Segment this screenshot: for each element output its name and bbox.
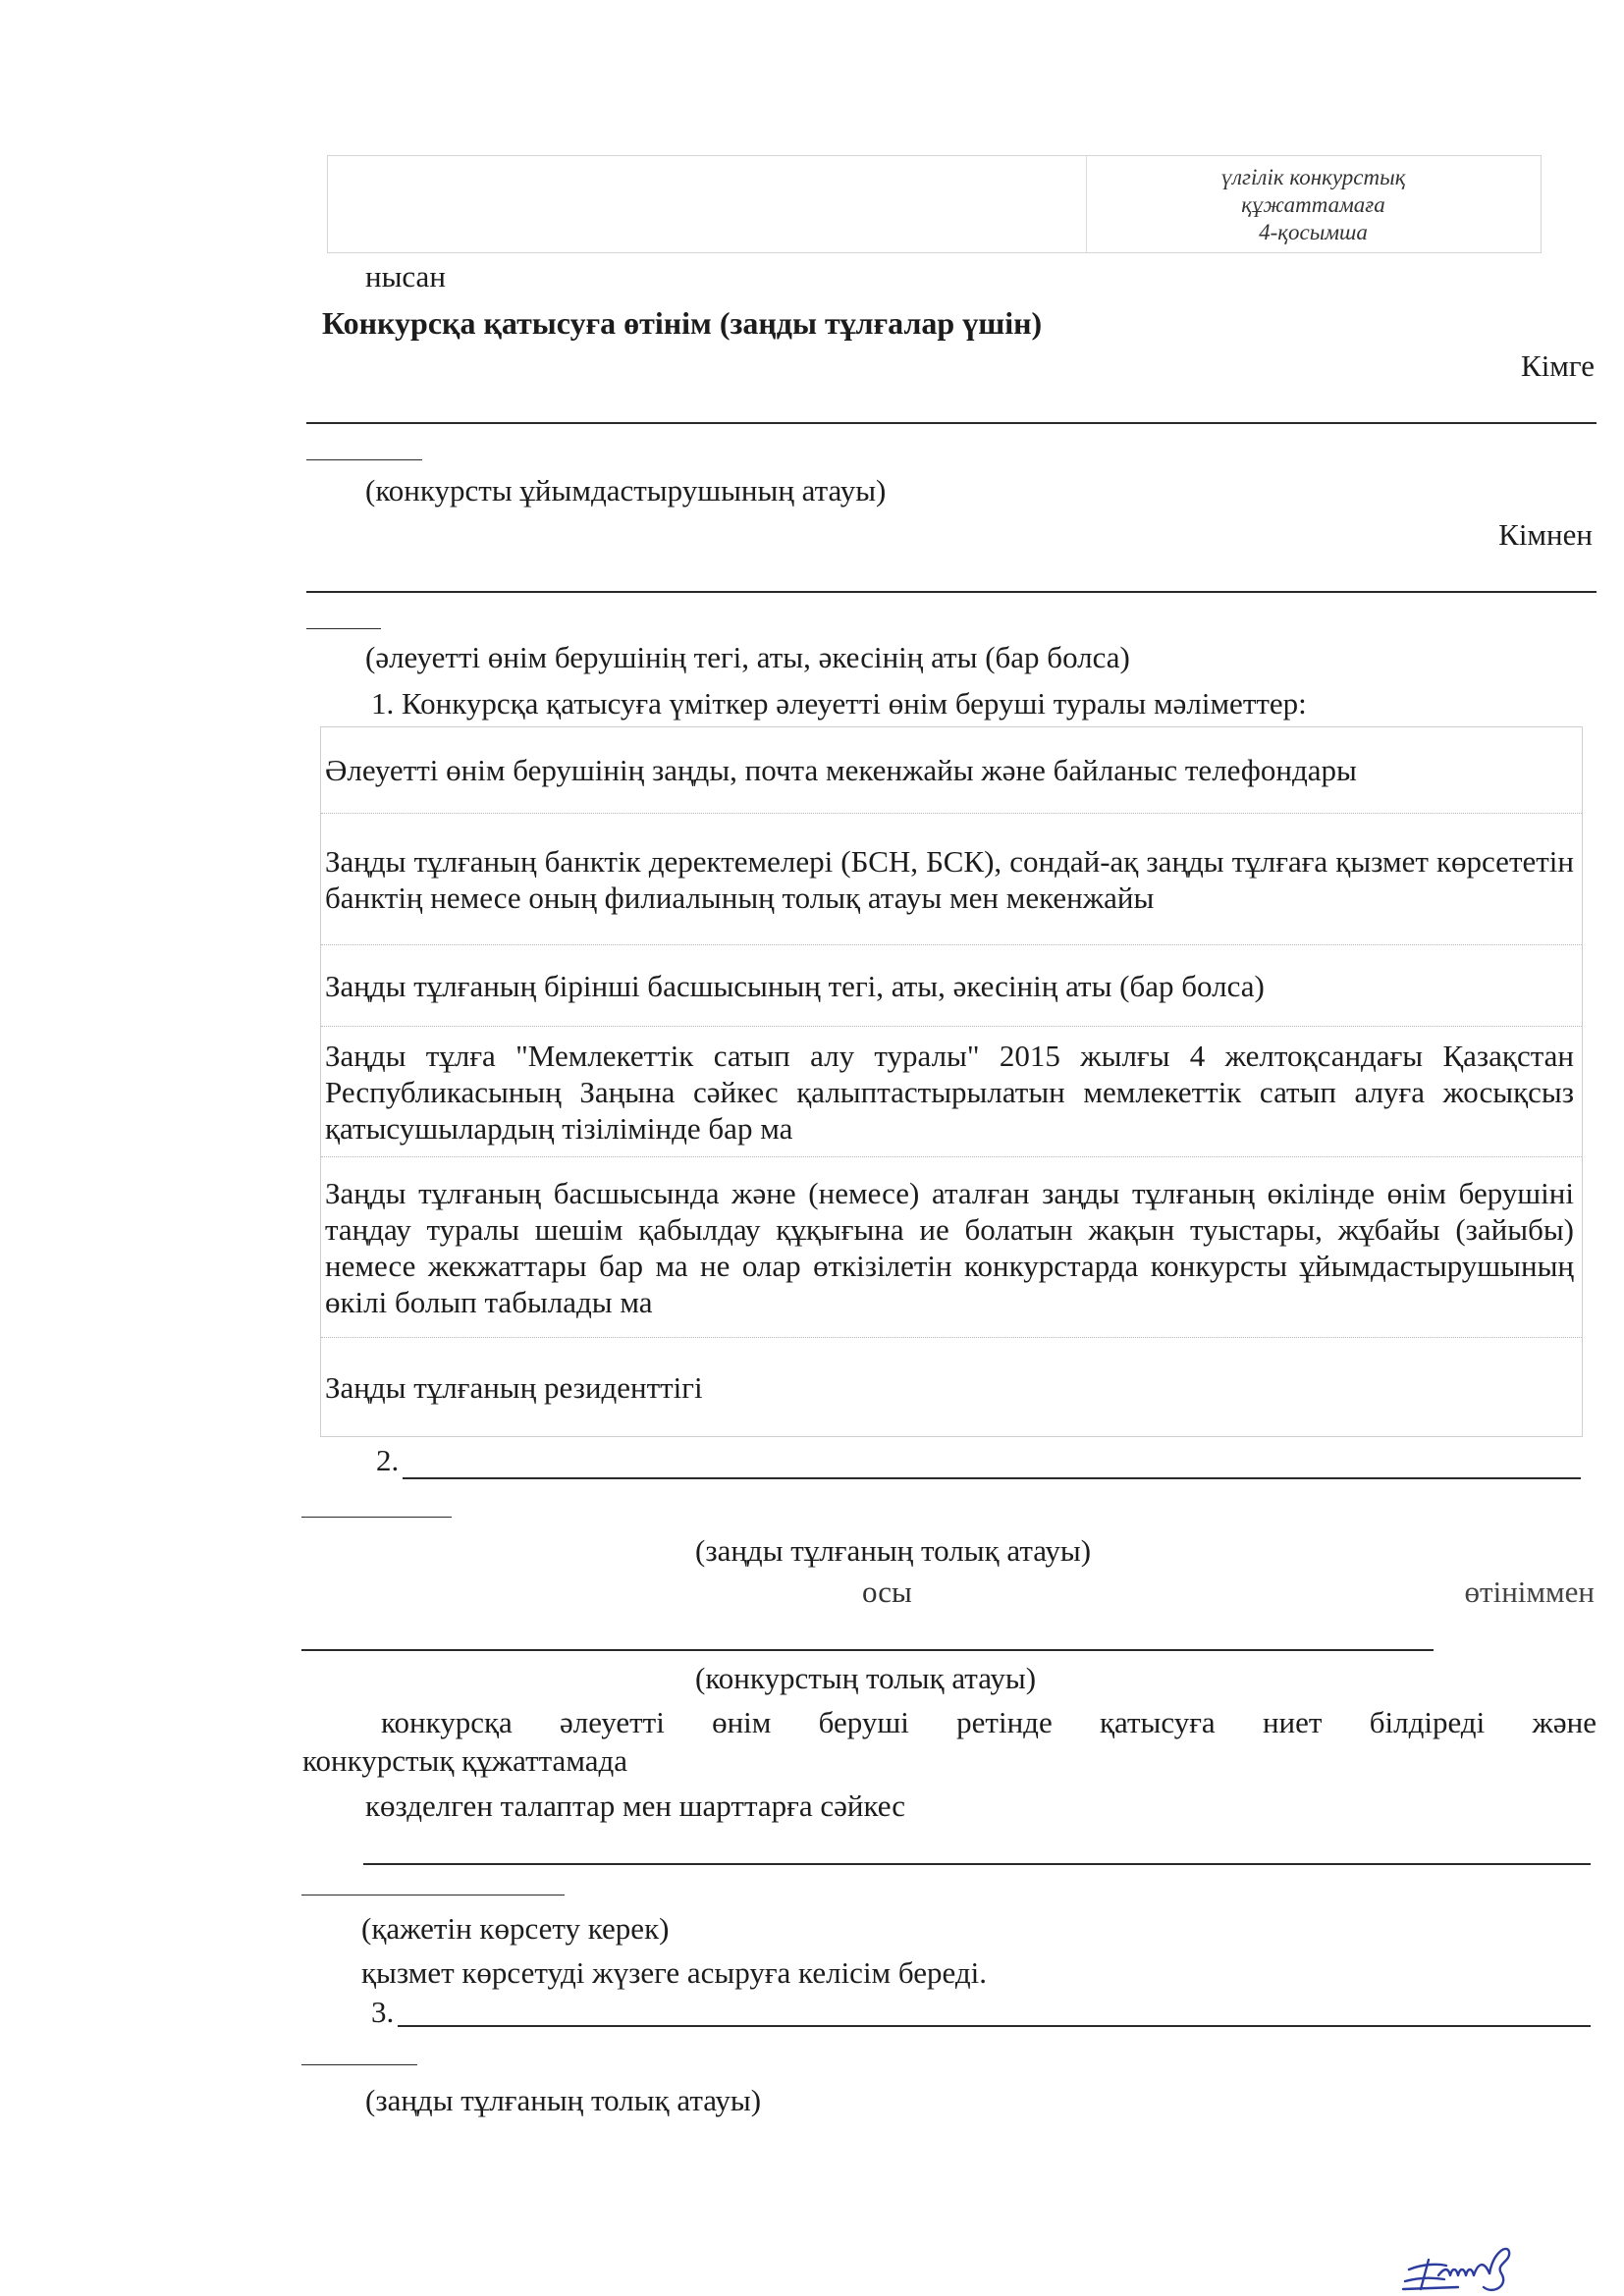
- table-row[interactable]: Заңды тұлғаның резиденттігі: [321, 1338, 1582, 1436]
- to-caption: (конкурсты ұйымдастырушының атауы): [365, 473, 886, 508]
- row-label-bank-details: Заңды тұлғаның банктік деректемелері (БС…: [325, 843, 1574, 916]
- row-label-director: Заңды тұлғаның бірінші басшысының тегі, …: [325, 968, 1574, 1004]
- from-input-line-continuation[interactable]: [306, 628, 381, 629]
- table-row[interactable]: Әлеуетті өнім берушінің заңды, почта мек…: [321, 727, 1582, 814]
- section3-caption: (заңды тұлғаның толық атауы): [365, 2083, 761, 2118]
- section3-input-line-continuation[interactable]: [301, 2064, 417, 2065]
- table-row[interactable]: Заңды тұлғаның басшысында және (немесе) …: [321, 1157, 1582, 1338]
- contest-name-input-line[interactable]: [301, 1649, 1434, 1651]
- contest-name-caption: (конкурстың толық атауы): [695, 1661, 1036, 1696]
- row-label-residency: Заңды тұлғаның резиденттігі: [325, 1369, 1574, 1406]
- to-input-line[interactable]: [306, 422, 1597, 424]
- needed-caption: (қажетін көрсету керек): [361, 1911, 669, 1947]
- section1-heading: 1. Конкурсқа қатысуға үміткер әлеуетті ө…: [371, 686, 1307, 721]
- from-label: Кімнен: [1498, 517, 1593, 553]
- entity-name-input-line-continuation[interactable]: [301, 1517, 452, 1518]
- annex-header-box: үлгілік конкурстық құжаттамаға 4-қосымша: [327, 155, 1542, 253]
- row-label-relatives: Заңды тұлғаның басшысында және (немесе) …: [325, 1175, 1574, 1320]
- service-input-line-continuation[interactable]: [301, 1895, 565, 1896]
- word-application: өтініммен: [1465, 1575, 1595, 1610]
- annex-note-line: үлгілік конкурстық: [1086, 164, 1541, 191]
- supplier-info-table: Әлеуетті өнім берушінің заңды, почта мек…: [320, 726, 1583, 1437]
- form-label: нысан: [365, 259, 446, 294]
- section3-input-line[interactable]: [398, 2025, 1591, 2027]
- annex-note-line: құжаттамаға: [1086, 191, 1541, 219]
- signature-icon: [1399, 2238, 1546, 2296]
- section3-number: 3.: [371, 1995, 394, 2030]
- annex-note: үлгілік конкурстық құжаттамаға 4-қосымша: [1086, 164, 1541, 246]
- intent-paragraph-line2: конкурстық құжаттамада: [302, 1743, 627, 1779]
- section2-number: 2.: [376, 1443, 399, 1478]
- intent-paragraph-line3: көзделген талаптар мен шарттарға сәйкес: [365, 1789, 905, 1824]
- from-input-line[interactable]: [306, 591, 1597, 593]
- to-label: Кімге: [1521, 348, 1595, 384]
- from-caption: (әлеуетті өнім берушінің тегі, аты, әкес…: [365, 640, 1130, 675]
- table-row[interactable]: Заңды тұлғаның банктік деректемелері (БС…: [321, 814, 1582, 945]
- word-this: осы: [862, 1575, 912, 1610]
- annex-note-line: 4-қосымша: [1086, 219, 1541, 246]
- intent-paragraph-line1: конкурсқа әлеуетті өнім беруші ретінде қ…: [381, 1705, 1597, 1740]
- entity-name-caption: (заңды тұлғаның толық атауы): [695, 1533, 1091, 1569]
- table-row[interactable]: Заңды тұлға "Мемлекеттік сатып алу турал…: [321, 1027, 1582, 1157]
- row-label-address: Әлеуетті өнім берушінің заңды, почта мек…: [325, 752, 1574, 788]
- table-row[interactable]: Заңды тұлғаның бірінші басшысының тегі, …: [321, 945, 1582, 1027]
- page-title: Конкурсқа қатысуға өтінім (заңды тұлғала…: [322, 304, 1042, 342]
- consent-text: қызмет көрсетуді жүзеге асыруға келісім …: [361, 1955, 987, 1991]
- service-input-line[interactable]: [363, 1863, 1591, 1865]
- row-label-unfair-registry: Заңды тұлға "Мемлекеттік сатып алу турал…: [325, 1038, 1574, 1147]
- to-input-line-continuation[interactable]: [306, 459, 422, 460]
- entity-name-input-line[interactable]: [403, 1477, 1581, 1479]
